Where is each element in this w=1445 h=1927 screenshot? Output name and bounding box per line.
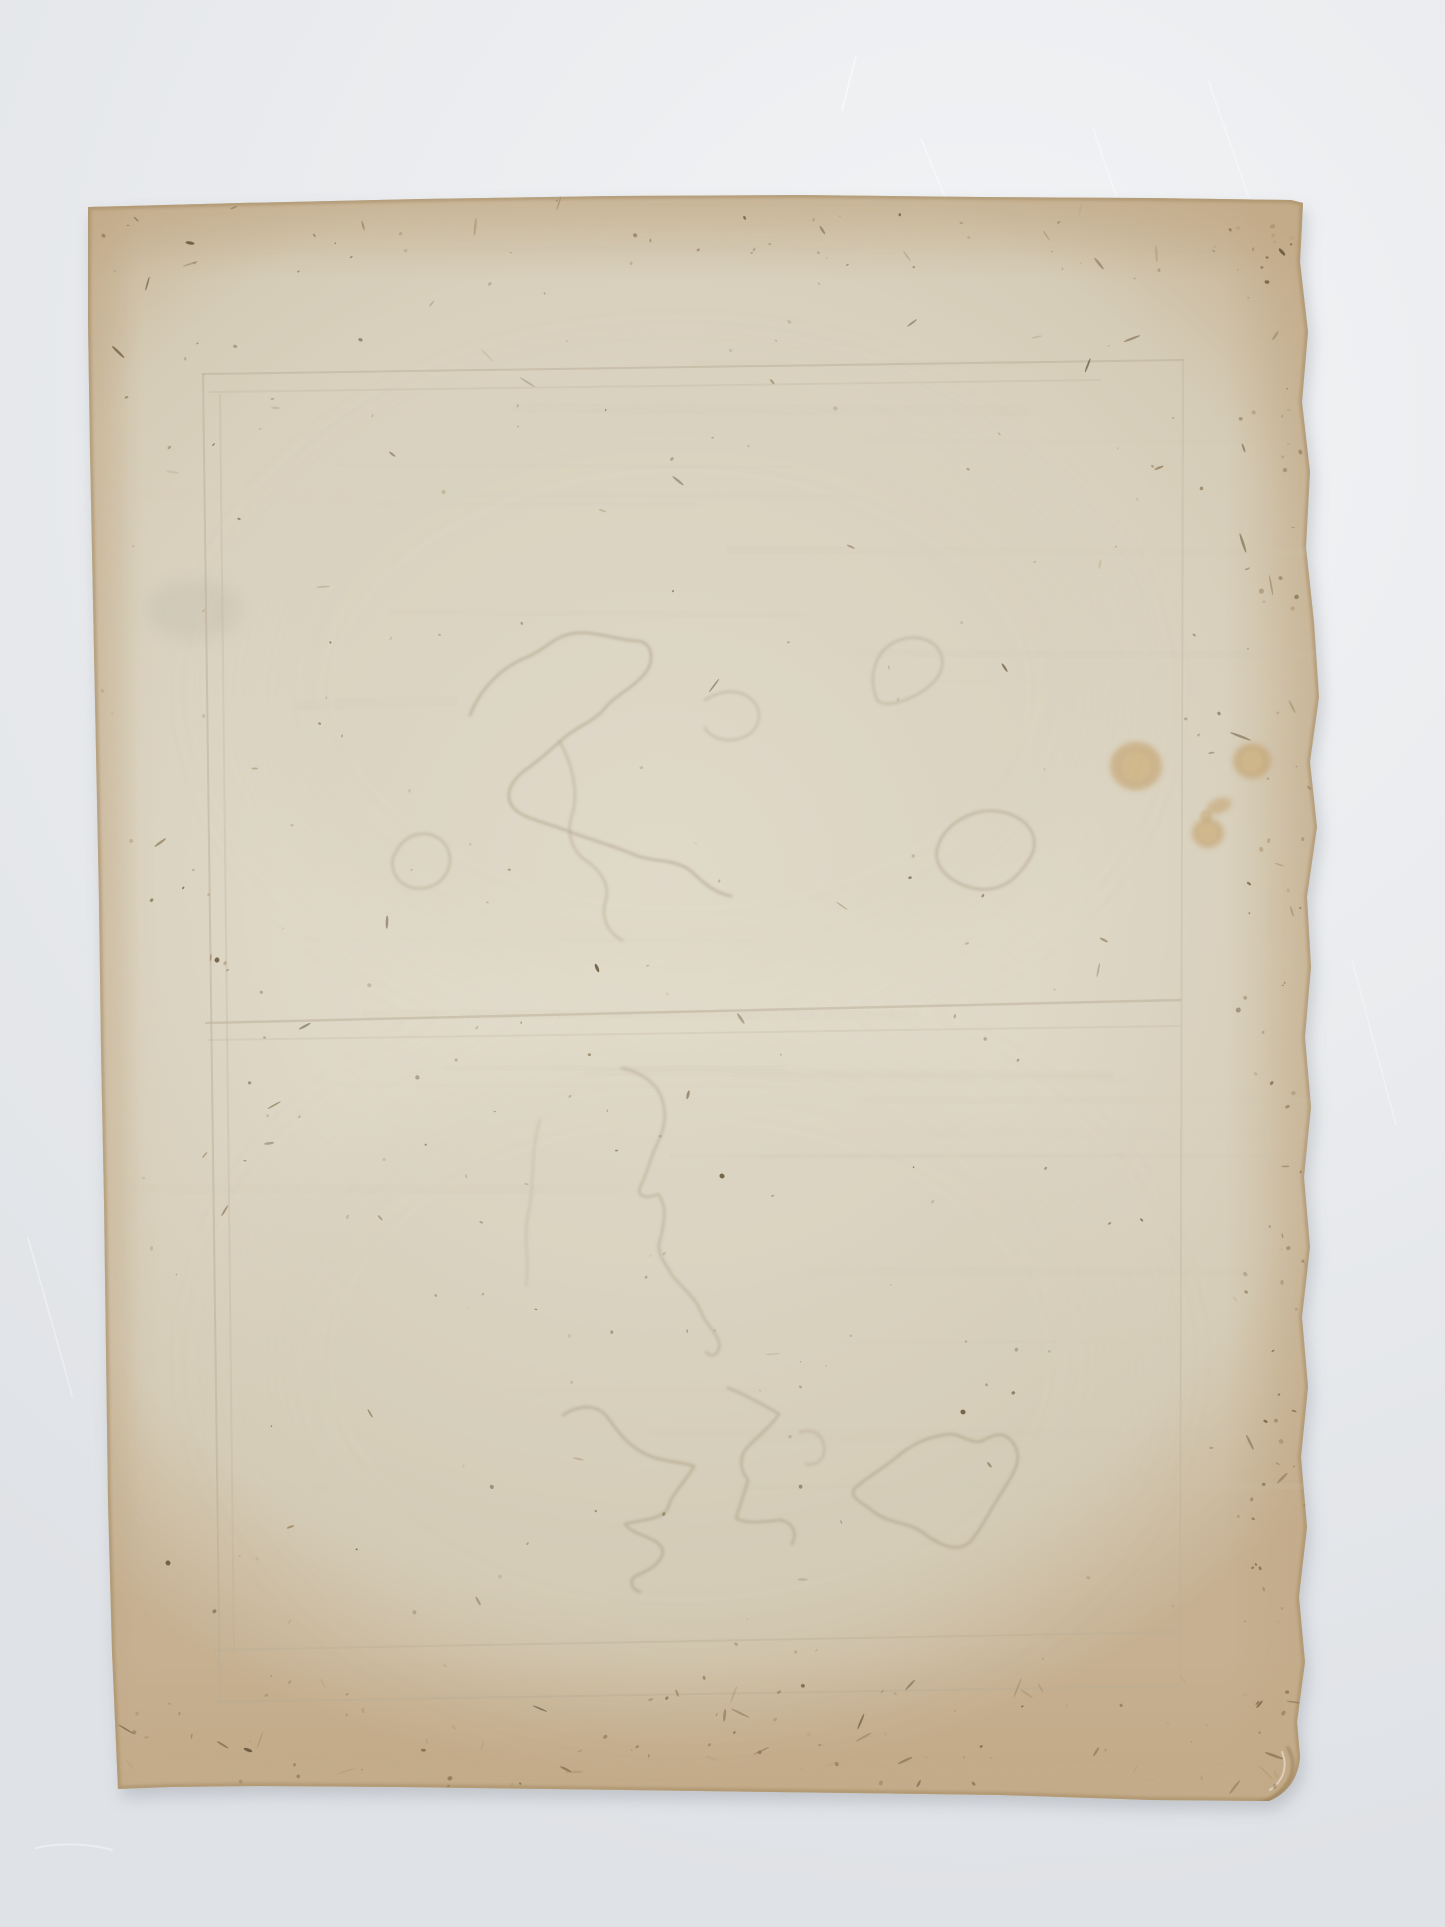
grey-smudge (147, 580, 243, 640)
photo-of-antique-paper (0, 0, 1445, 1927)
photo-svg (0, 0, 1445, 1927)
